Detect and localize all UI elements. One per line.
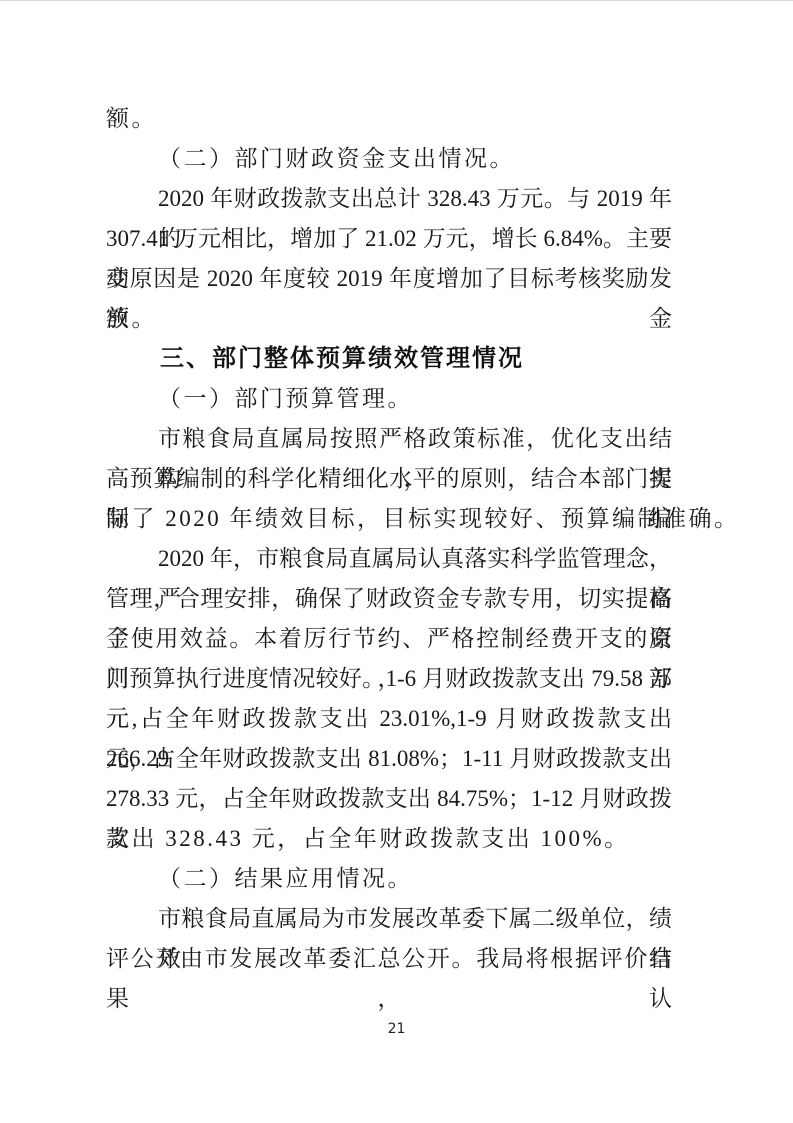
text-line: 2020 年，市粮食局直属局认真落实科学监管理念，严格 xyxy=(106,539,672,579)
text-line: 金使用效益。本着厉行节约、严格控制经费开支的原则，部 xyxy=(106,619,672,659)
section-heading: 三、部门整体预算绩效管理情况 xyxy=(106,339,672,379)
text-line: 制了 2020 年绩效目标，目标实现较好、预算编制准确。 xyxy=(106,499,672,539)
text-line: 278.33 元，占全年财政拨款支出 84.75%；1-12 月财政拨款 xyxy=(106,779,672,819)
text-line: 支出 328.43 元，占全年财政拨款支出 100%。 xyxy=(106,819,672,859)
text-line: 高预算编制的科学化精细化水平的原则，结合本部门实际编 xyxy=(106,459,672,499)
text-line: 市粮食局直属局为市发展改革委下属二级单位，绩效自 xyxy=(106,899,672,939)
text-line: （一）部门预算管理。 xyxy=(106,379,672,419)
text-line: 市粮食局直属局按照严格政策标准，优化支出结构，提 xyxy=(106,419,672,459)
page-number: 21 xyxy=(0,1021,793,1037)
text-line: 管理，合理安排，确保了财政资金专款专用，切实提高了资 xyxy=(106,579,672,619)
text-line: 动原因是 2020 年度较 2019 年度增加了目标考核奖励发放金 xyxy=(106,259,672,299)
text-line: （二）部门财政资金支出情况。 xyxy=(106,139,672,179)
text-line: 元，占全年财政拨款支出 81.08%；1-11 月财政拨款支出 xyxy=(106,739,672,779)
text-line: 307.41 万元相比，增加了 21.02 万元，增长 6.84%。主要变 xyxy=(106,219,672,259)
text-line: （二）结果应用情况。 xyxy=(106,859,672,899)
text-line: 评公开由市发展改革委汇总公开。我局将根据评价结果，认 xyxy=(106,939,672,979)
document-page: 额。（二）部门财政资金支出情况。2020 年财政拨款支出总计 328.43 万元… xyxy=(0,0,793,1123)
text-line: 额。 xyxy=(106,99,672,139)
document-body: 额。（二）部门财政资金支出情况。2020 年财政拨款支出总计 328.43 万元… xyxy=(106,99,672,979)
text-line: 门预算执行进度情况较好。1-6 月财政拨款支出 79.58 万元 xyxy=(106,659,672,699)
text-line: 元,占全年财政拨款支出 23.01%,1-9 月财政拨款支出 266.29 xyxy=(106,699,672,739)
text-line: 2020 年财政拨款支出总计 328.43 万元。与 2019 年的 xyxy=(106,179,672,219)
